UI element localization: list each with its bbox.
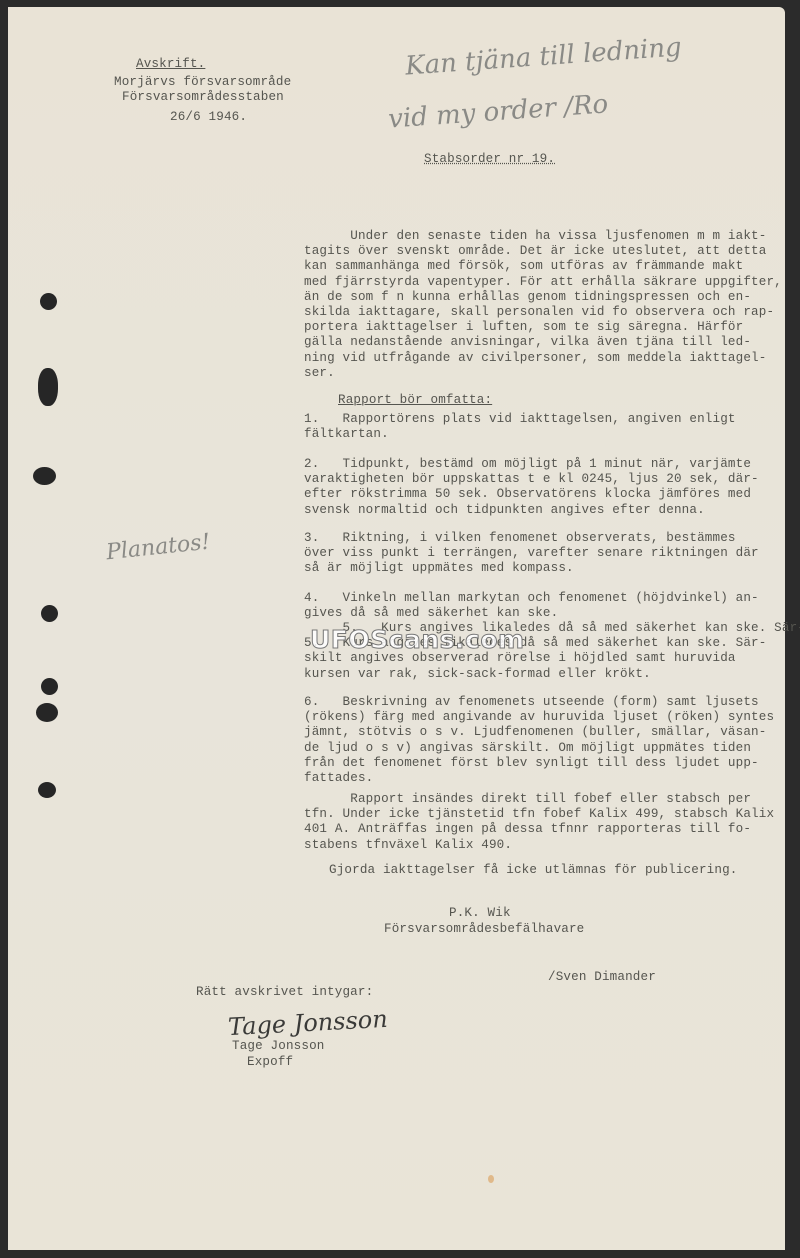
certifier-title: Expoff	[247, 1055, 293, 1070]
text-line: så är möjligt uppmätes med kompass.	[304, 561, 774, 576]
text-line: kursen var rak, sick-sack-formad eller k…	[304, 667, 774, 682]
text-line: från det fenomenet först blev synligt ti…	[304, 756, 774, 771]
copy-label: Avskrift.	[136, 57, 205, 72]
text-line: tfn. Under icke tjänstetid tfn fobef Kal…	[304, 807, 774, 822]
text-line: 2. Tidpunkt, bestämd om möjligt på 1 min…	[304, 457, 774, 472]
text-line: tagits över svenskt område. Det är icke …	[304, 244, 774, 259]
list-item-3: 3. Riktning, i vilken fenomenet observer…	[304, 531, 774, 577]
certifier-name: Tage Jonsson	[232, 1039, 325, 1054]
text-line: portera iakttagelser i luften, som te si…	[304, 320, 774, 335]
intro-paragraph: Under den senaste tiden ha vissa ljusfen…	[304, 229, 774, 381]
signatory-name: P.K. Wik	[449, 906, 511, 921]
countersign: /Sven Dimander	[548, 970, 656, 985]
text-line: (rökens) färg med angivande av huruvida …	[304, 710, 774, 725]
list-item-4: 4. Vinkeln mellan markytan och fenomenet…	[304, 591, 774, 621]
text-line: de ljud o s v) angivas särskilt. Om möjl…	[304, 741, 774, 756]
text-line: 1. Rapportörens plats vid iakttagelsen, …	[304, 412, 774, 427]
text-line: än de som f n kunna erhållas genom tidni…	[304, 290, 774, 305]
handwritten-note-line-1: Kan tjäna till ledning	[404, 32, 682, 81]
text-line: skilda iakttagare, skall personalen vid …	[304, 305, 774, 320]
margin-note: Planatos!	[105, 530, 212, 566]
text-line: efter rökstrimma 50 sek. Observatörens k…	[304, 487, 774, 502]
submit-paragraph: Rapport insändes direkt till fobef eller…	[304, 792, 774, 853]
report-heading: Rapport bör omfatta:	[338, 393, 492, 408]
punch-hole	[38, 782, 56, 798]
text-line: gälla nedanstående anvisningar, vilka äv…	[304, 335, 774, 350]
punch-hole	[40, 293, 57, 310]
signatory-title: Försvarsområdesbefälhavare	[384, 922, 584, 937]
text-line: Under den senaste tiden ha vissa ljusfen…	[304, 229, 774, 244]
watermark: UFOScans.com	[310, 625, 525, 654]
text-line: 4. Vinkeln mellan markytan och fenomenet…	[304, 591, 774, 606]
text-line: 401 A. Anträffas ingen på dessa tfnnr ra…	[304, 822, 774, 837]
text-line: kan sammanhänga med försök, som utföras …	[304, 259, 774, 274]
text-line: fattades.	[304, 771, 774, 786]
document-page: Avskrift. Morjärvs försvarsområde Försva…	[8, 7, 785, 1250]
text-line: gives då så med säkerhet kan ske.	[304, 606, 774, 621]
list-item-1: 1. Rapportörens plats vid iakttagelsen, …	[304, 412, 774, 442]
certification-label: Rätt avskrivet intygar:	[196, 985, 373, 1000]
list-item-2: 2. Tidpunkt, bestämd om möjligt på 1 min…	[304, 457, 774, 518]
text-line: stabens tfnväxel Kalix 490.	[304, 838, 774, 853]
org-line-2: Försvarsområdesstaben	[122, 90, 284, 105]
order-title: Stabsorder nr 19.	[424, 152, 555, 167]
text-line: över viss punkt i terrängen, varefter se…	[304, 546, 774, 561]
text-line: ning vid utfrågande av civilpersoner, so…	[304, 351, 774, 366]
punch-hole	[38, 368, 58, 406]
text-line: 3. Riktning, i vilken fenomenet observer…	[304, 531, 774, 546]
closing-line: Gjorda iakttagelser få icke utlämnas för…	[329, 863, 738, 878]
text-line: svensk normaltid och tidpunkten angives …	[304, 503, 774, 518]
org-line-1: Morjärvs försvarsområde	[114, 75, 291, 90]
text-line: 6. Beskrivning av fenomenets utseende (f…	[304, 695, 774, 710]
handwritten-signature: Tage Jonsson	[227, 1005, 388, 1041]
text-line: med fjärrstyrda vapentyper. För att erhå…	[304, 275, 774, 290]
text-line: fältkartan.	[304, 427, 774, 442]
text-line: ser.	[304, 366, 774, 381]
list-item-6: 6. Beskrivning av fenomenets utseende (f…	[304, 695, 774, 786]
text-line: varaktigheten bör uppskattas t e kl 0245…	[304, 472, 774, 487]
paper-stain	[488, 1175, 494, 1183]
handwritten-note-line-2: vid my order /Ro	[387, 89, 609, 134]
punch-hole	[33, 467, 56, 485]
text-line: jämnt, stötvis o s v. Ljudfenomenen (bul…	[304, 725, 774, 740]
text-line: Rapport insändes direkt till fobef eller…	[304, 792, 774, 807]
punch-hole	[36, 703, 58, 722]
punch-hole	[41, 605, 58, 622]
document-date: 26/6 1946.	[170, 110, 247, 125]
punch-hole	[41, 678, 58, 695]
